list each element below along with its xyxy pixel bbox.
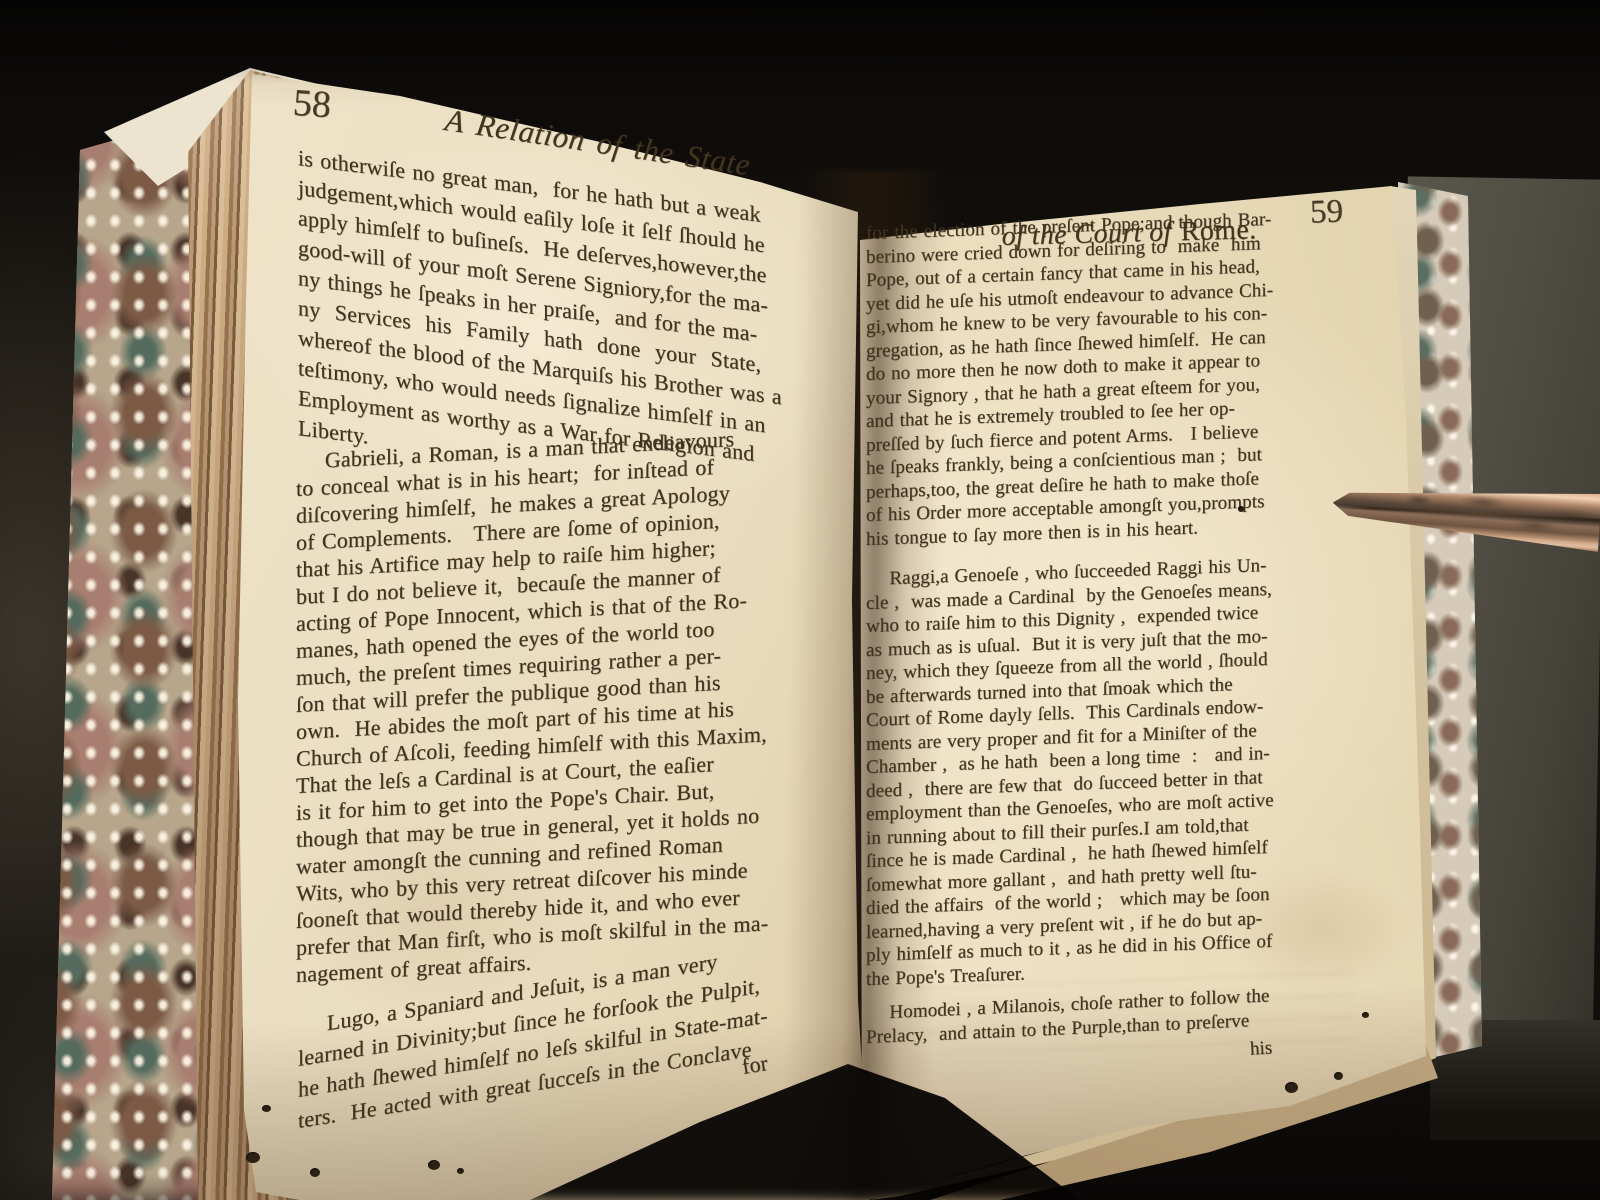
ink-spot <box>246 1152 260 1163</box>
ink-spot <box>1334 1072 1343 1080</box>
catchword-left: for <box>740 1050 769 1080</box>
ink-spot <box>457 1168 464 1174</box>
right-paragraph-2: Raggi,a Genoeſe , who ſucceeded Raggi hi… <box>866 550 1386 991</box>
left-paragraph-2: Gabrieli, a Roman, is a man that endeavo… <box>296 417 891 988</box>
ink-spot <box>310 1168 320 1177</box>
book-photograph: 58 A Relation of the State is otherwiſe … <box>0 0 1600 1200</box>
ink-spot <box>262 1105 271 1112</box>
catchword-right: his <box>1249 1037 1272 1060</box>
ink-spot <box>1238 506 1244 512</box>
ink-spot <box>428 1160 440 1170</box>
ink-spot <box>1285 1082 1298 1093</box>
page-number-left: 58 <box>292 81 333 128</box>
right-paragraph-1: for the election of the preſent Pope;and… <box>866 204 1386 551</box>
ink-spot <box>1362 1012 1369 1018</box>
